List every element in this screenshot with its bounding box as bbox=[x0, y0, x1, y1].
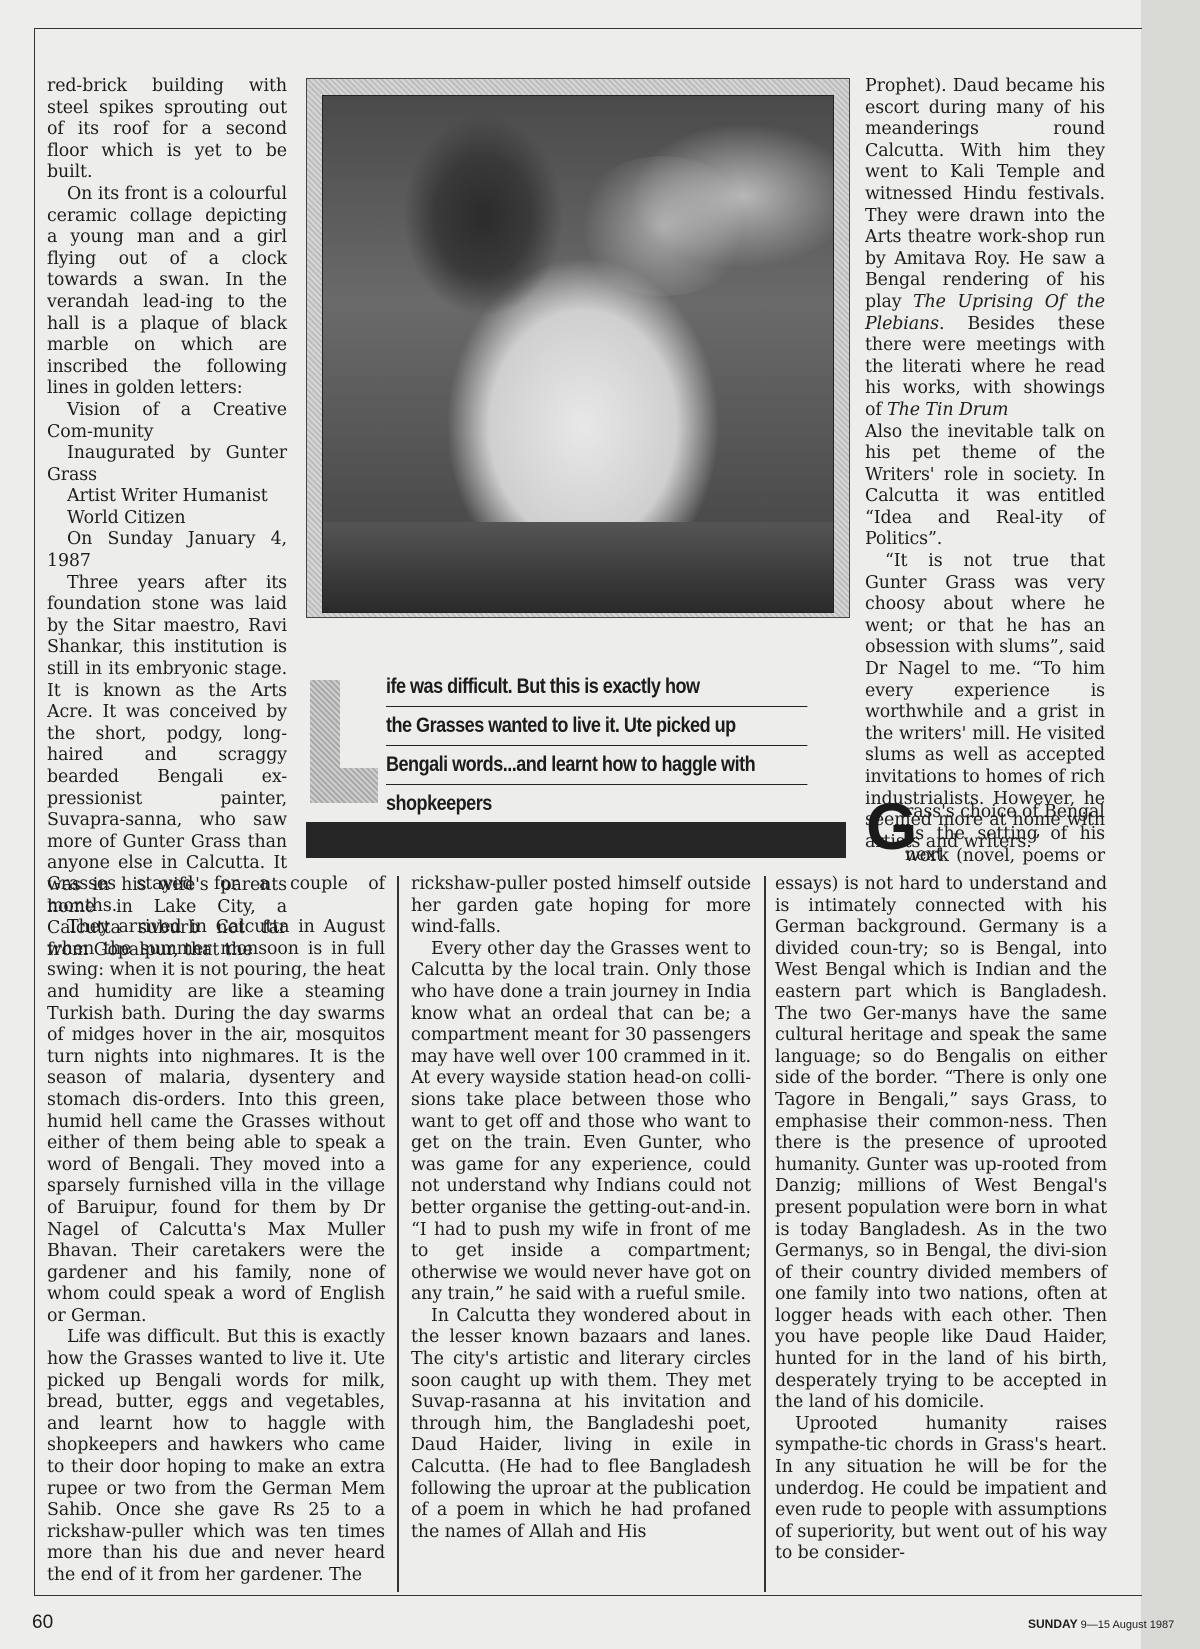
dropcap-foot bbox=[310, 768, 378, 803]
pull-quote-line: ife was difficult. But this is exactly h… bbox=[386, 668, 807, 707]
plaque-line: World Citizen bbox=[47, 508, 287, 530]
paragraph: They arrived in Calcutta in August when … bbox=[47, 917, 385, 1327]
column-rule bbox=[764, 876, 766, 1592]
paragraph: red-brick building with steel spikes spr… bbox=[47, 76, 287, 184]
pipe-smoke bbox=[573, 156, 753, 296]
page-edge bbox=[1141, 0, 1200, 1649]
plaque-line: Inaugurated by Gunter Grass bbox=[47, 443, 287, 486]
plaque-line: On Sunday January 4, 1987 bbox=[47, 529, 287, 572]
column-rule bbox=[397, 876, 399, 1592]
paragraph: rickshaw-puller posted himself outside h… bbox=[411, 874, 751, 939]
lead-line: work (novel, poems or bbox=[905, 846, 1105, 868]
lead-line: rass's choice of Bengal bbox=[905, 802, 1105, 824]
paragraph: Life was difficult. But this is exactly … bbox=[47, 1327, 385, 1586]
pull-quote-line: shopkeepers bbox=[386, 785, 807, 823]
issue-date: 9—15 August 1987 bbox=[1081, 1619, 1175, 1631]
plaque-line: Vision of a Creative Com-munity bbox=[47, 400, 287, 443]
plaque-line: Artist Writer Humanist bbox=[47, 486, 287, 508]
pull-quote-line: Bengali words...and learnt how to haggle… bbox=[386, 746, 807, 785]
pull-quote: ife was difficult. But this is exactly h… bbox=[386, 668, 807, 823]
paragraph: In Calcutta they wondered about in the l… bbox=[411, 1306, 751, 1544]
paragraph: On its front is a colourful ceramic coll… bbox=[47, 184, 287, 400]
column-2: rickshaw-puller posted himself outside h… bbox=[411, 874, 751, 1543]
paragraph: Also the inevitable talk on his pet them… bbox=[865, 422, 1105, 552]
photo-gunter-grass bbox=[322, 95, 834, 613]
photo-foreground bbox=[323, 522, 833, 612]
publication-name: SUNDAY bbox=[1028, 1617, 1078, 1631]
column-1-bottom: Grasses stayed for a couple of months. T… bbox=[47, 874, 385, 1587]
paragraph: Prophet). Daud became his escort during … bbox=[865, 76, 1105, 422]
paragraph: Grasses stayed for a couple of months. bbox=[47, 874, 385, 917]
issue-line: SUNDAY 9—15 August 1987 bbox=[1028, 1617, 1174, 1631]
column-3-bottom: essays) is not hard to understand and is… bbox=[775, 874, 1107, 1565]
paragraph: Uprooted humanity raises sympathe-tic ch… bbox=[775, 1414, 1107, 1565]
column-3-lead-3: work (novel, poems or bbox=[905, 846, 1105, 868]
italic-title: The Tin Drum bbox=[887, 400, 1008, 420]
pull-quote-dropcap-l bbox=[310, 680, 378, 803]
column-3-top: Prophet). Daud became his escort during … bbox=[865, 76, 1105, 853]
paragraph: essays) is not hard to understand and is… bbox=[775, 874, 1107, 1414]
pull-quote-line: the Grasses wanted to live it. Ute picke… bbox=[386, 707, 807, 746]
page-number: 60 bbox=[32, 1612, 53, 1634]
paragraph: Every other day the Grasses went to Calc… bbox=[411, 939, 751, 1306]
pull-quote-bar bbox=[306, 822, 846, 858]
column-1-top: red-brick building with steel spikes spr… bbox=[47, 76, 287, 961]
text: Prophet). Daud became his escort during … bbox=[865, 76, 1105, 312]
